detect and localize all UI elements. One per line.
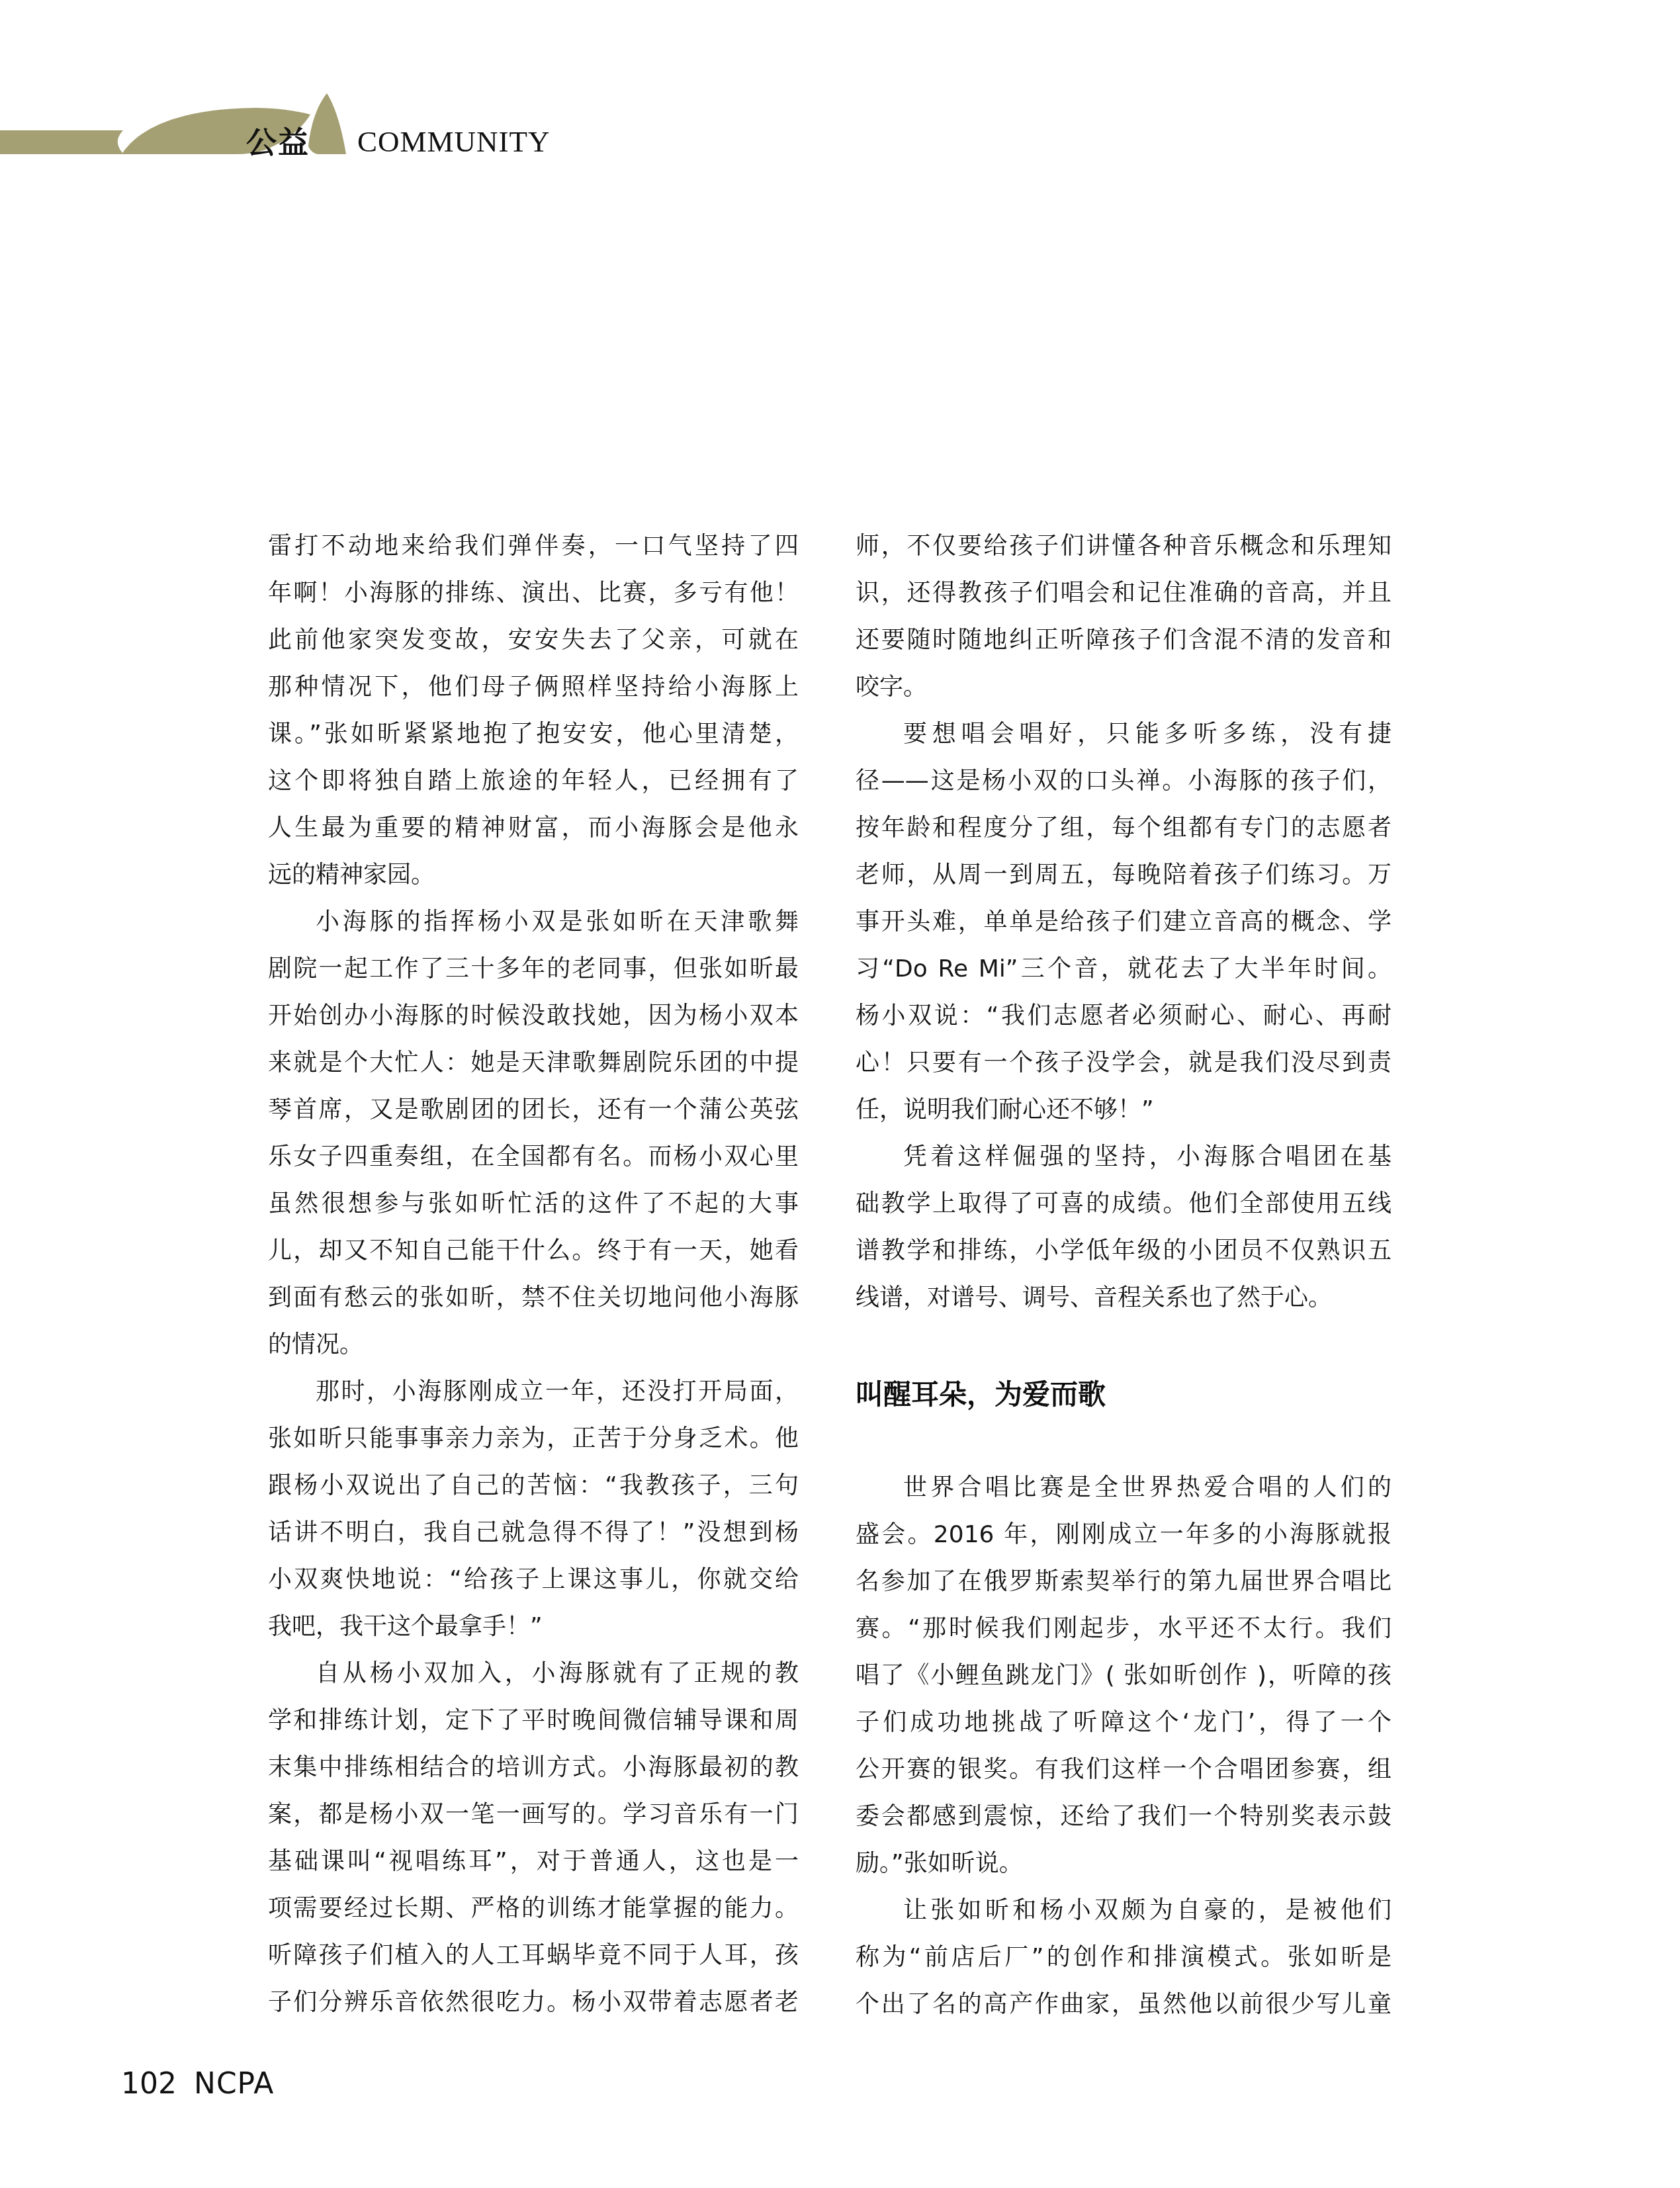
text-line: 那种情况下，他们母子俩照样坚持给小海豚上 xyxy=(268,664,799,711)
text-line: 世界合唱比赛是全世界热爱合唱的人们的 xyxy=(856,1464,1392,1511)
text-line: 此前他家突发变故，安安失去了父亲，可就在 xyxy=(268,617,799,664)
text-line: 名参加了在俄罗斯索契举行的第九届世界合唱比 xyxy=(856,1558,1392,1605)
header-decoration xyxy=(0,0,596,225)
text-line: 师，不仅要给孩子们讲懂各种音乐概念和乐理知 xyxy=(856,523,1392,570)
text-line: 到面有愁云的张如昕，禁不住关切地问他小海豚 xyxy=(268,1274,799,1321)
text-line: 谱教学和排练，小学低年级的小团员不仅熟识五 xyxy=(856,1227,1392,1274)
text-line: 唱了《小鲤鱼跳龙门》( 张如昕创作 )，听障的孩 xyxy=(856,1652,1392,1699)
text-line: 来就是个大忙人：她是天津歌舞剧院乐团的中提 xyxy=(268,1039,799,1086)
text-line: 老师，从周一到周五，每晚陪着孩子们练习。万 xyxy=(856,852,1392,898)
page-footer: 102NCPA xyxy=(121,2068,274,2100)
page-number: 102 xyxy=(121,2067,177,2101)
text-line: 的情况。 xyxy=(268,1321,799,1368)
section-title-cn: 公益 xyxy=(246,127,310,157)
text-line: 跟杨小双说出了自己的苦恼：“我教孩子，三句 xyxy=(268,1462,799,1509)
text-line: 听障孩子们植入的人工耳蜗毕竟不同于人耳，孩 xyxy=(268,1932,799,1979)
header-bar-shape xyxy=(0,130,124,154)
text-line: 励。”张如昕说。 xyxy=(856,1840,1392,1887)
text-line: 杨小双说：“我们志愿者必须耐心、耐心、再耐 xyxy=(856,992,1392,1039)
text-line: 人生最为重要的精神财富，而小海豚会是他永 xyxy=(268,805,799,852)
text-line: 识，还得教孩子们唱会和记住准确的音高，并且 xyxy=(856,570,1392,617)
text-line: 学和排练计划，定下了平时晚间微信辅导课和周 xyxy=(268,1697,799,1744)
text-line: 话讲不明白，我自己就急得不得了！”没想到杨 xyxy=(268,1509,799,1556)
text-line: 那时，小海豚刚成立一年，还没打开局面， xyxy=(268,1368,799,1415)
section-title-en: COMMUNITY xyxy=(357,126,551,157)
right-column-bottom-paragraphs: 世界合唱比赛是全世界热爱合唱的人们的盛会。2016 年，刚刚成立一年多的小海豚就… xyxy=(856,1464,1392,2028)
footer-brand: NCPA xyxy=(194,2067,274,2101)
text-line: 开始创办小海豚的时候没敢找她，因为杨小双本 xyxy=(268,992,799,1039)
text-line: 盛会。2016 年，刚刚成立一年多的小海豚就报 xyxy=(856,1511,1392,1558)
text-line: 任，说明我们耐心还不够！” xyxy=(856,1086,1392,1133)
text-line: 案，都是杨小双一笔一画写的。学习音乐有一门 xyxy=(268,1791,799,1838)
text-line: 远的精神家园。 xyxy=(268,852,799,898)
text-line: 子们分辨乐音依然很吃力。杨小双带着志愿者老 xyxy=(268,1979,799,2026)
right-column-top-paragraphs: 师，不仅要给孩子们讲懂各种音乐概念和乐理知识，还得教孩子们唱会和记住准确的音高，… xyxy=(856,523,1392,1321)
text-line: 项需要经过长期、严格的训练才能掌握的能力。 xyxy=(268,1885,799,1932)
header-swoosh-shape xyxy=(308,93,346,154)
text-line: 课。”张如昕紧紧地抱了抱安安，他心里清楚， xyxy=(268,711,799,758)
text-line: 凭着这样倔强的坚持，小海豚合唱团在基 xyxy=(856,1133,1392,1180)
text-line: 线谱，对谱号、调号、音程关系也了然于心。 xyxy=(856,1274,1392,1321)
text-line: 剧院一起工作了三十多年的老同事，但张如昕最 xyxy=(268,945,799,992)
text-line: 还要随时随地纠正听障孩子们含混不清的发音和 xyxy=(856,617,1392,664)
text-line: 委会都感到震惊，还给了我们一个特别奖表示鼓 xyxy=(856,1793,1392,1840)
text-line: 乐女子四重奏组，在全国都有名。而杨小双心里 xyxy=(268,1133,799,1180)
text-line: 按年龄和程度分了组，每个组都有专门的志愿者 xyxy=(856,805,1392,852)
text-line: 张如昕只能事事亲力亲为，正苦于分身乏术。他 xyxy=(268,1415,799,1462)
text-line: 础教学上取得了可喜的成绩。他们全部使用五线 xyxy=(856,1180,1392,1227)
text-line: 雷打不动地来给我们弹伴奏，一口气坚持了四 xyxy=(268,523,799,570)
text-line: 公开赛的银奖。有我们这样一个合唱团参赛，组 xyxy=(856,1746,1392,1793)
text-line: 称为“前店后厂”的创作和排演模式。张如昕是 xyxy=(856,1934,1392,1981)
text-line: 径——这是杨小双的口头禅。小海豚的孩子们， xyxy=(856,758,1392,805)
magazine-page: 公益 COMMUNITY 雷打不动地来给我们弹伴奏，一口气坚持了四年啊！小海豚的… xyxy=(0,0,1680,2188)
text-line: 心！只要有一个孩子没学会，就是我们没尽到责 xyxy=(856,1039,1392,1086)
text-line: 我吧，我干这个最拿手！” xyxy=(268,1603,799,1650)
left-column: 雷打不动地来给我们弹伴奏，一口气坚持了四年啊！小海豚的排练、演出、比赛，多亏有他… xyxy=(268,523,799,2026)
section-heading: 叫醒耳朵，为爱而歌 xyxy=(856,1378,1392,1412)
text-line: 习“Do Re Mi”三个音，就花去了大半年时间。 xyxy=(856,945,1392,992)
text-line: 要想唱会唱好，只能多听多练，没有捷 xyxy=(856,711,1392,758)
right-column: 师，不仅要给孩子们讲懂各种音乐概念和乐理知识，还得教孩子们唱会和记住准确的音高，… xyxy=(856,523,1392,2028)
text-line: 个出了名的高产作曲家，虽然他以前很少写儿童 xyxy=(856,1981,1392,2028)
text-line: 虽然很想参与张如昕忙活的这件了不起的大事 xyxy=(268,1180,799,1227)
text-line: 自从杨小双加入，小海豚就有了正规的教 xyxy=(268,1650,799,1697)
text-line: 赛。“那时候我们刚起步，水平还不太行。我们 xyxy=(856,1605,1392,1652)
text-line: 让张如昕和杨小双颇为自豪的，是被他们 xyxy=(856,1887,1392,1934)
text-line: 年啊！小海豚的排练、演出、比赛，多亏有他！ xyxy=(268,570,799,617)
text-line: 琴首席，又是歌剧团的团长，还有一个蒲公英弦 xyxy=(268,1086,799,1133)
text-line: 子们成功地挑战了听障这个‘龙门’，得了一个 xyxy=(856,1699,1392,1746)
text-line: 小海豚的指挥杨小双是张如昕在天津歌舞 xyxy=(268,898,799,945)
text-line: 咬字。 xyxy=(856,664,1392,711)
text-line: 小双爽快地说：“给孩子上课这事儿，你就交给 xyxy=(268,1556,799,1603)
text-line: 儿，却又不知自己能干什么。终于有一天，她看 xyxy=(268,1227,799,1274)
text-line: 末集中排练相结合的培训方式。小海豚最初的教 xyxy=(268,1744,799,1791)
text-line: 事开头难，单单是给孩子们建立音高的概念、学 xyxy=(856,898,1392,945)
text-line: 基础课叫“视唱练耳”，对于普通人，这也是一 xyxy=(268,1838,799,1885)
text-line: 这个即将独自踏上旅途的年轻人，已经拥有了 xyxy=(268,758,799,805)
